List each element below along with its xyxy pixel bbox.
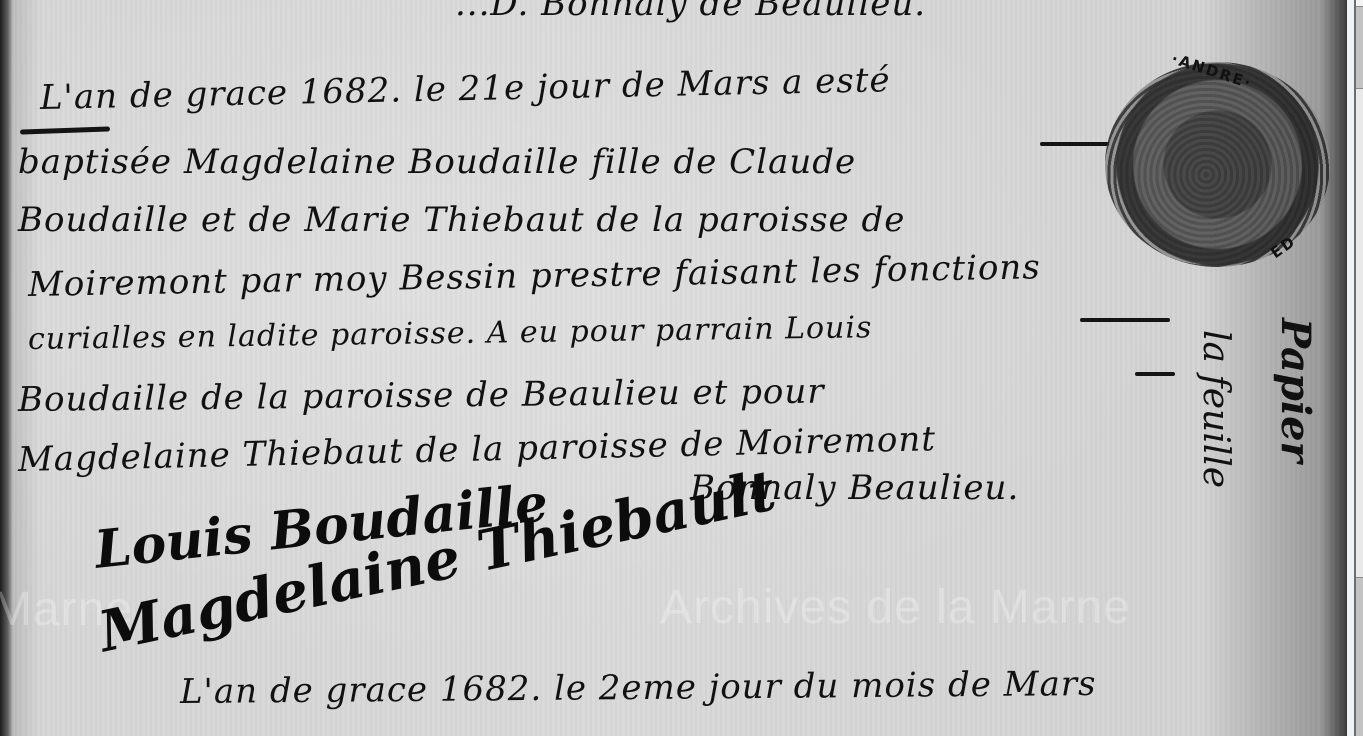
next-record-line-1: L'an de grace 1682. le 2eme jour du mois…: [180, 664, 1097, 712]
register-page-scan[interactable]: Archives de la Marne Marne ...D. Bonnaly…: [0, 0, 1347, 736]
margin-note-la-feuille: la feuille: [1195, 330, 1236, 488]
archive-watermark: Archives de la Marne: [660, 580, 1131, 635]
previous-entry-fragment: ...D. Bonnaly de Beaulieu.: [455, 0, 926, 24]
record-line-5: curialles en ladite paroisse. A eu pour …: [28, 310, 873, 357]
line-filler-stroke-2: [1080, 318, 1170, 322]
scroll-up-arrow-icon[interactable]: [1356, 0, 1363, 7]
document-viewer: Archives de la Marne Marne ...D. Bonnaly…: [0, 0, 1363, 736]
initial-L-flourish: [20, 126, 110, 134]
margin-note-papier: Papier: [1272, 318, 1319, 463]
record-line-6: Boudaille de la paroisse de Beaulieu et …: [18, 372, 825, 420]
line-filler-stroke-3: [1135, 372, 1175, 376]
viewer-frame-border: [1347, 0, 1354, 736]
vertical-scrollbar-thumb[interactable]: [1356, 88, 1363, 578]
line-filler-stroke: [1040, 142, 1110, 146]
official-seal-stamp: [1105, 62, 1330, 267]
record-line-2: baptisée Magdelaine Boudaille fille de C…: [18, 142, 856, 182]
record-line-1: L'an de grace 1682. le 21e jour de Mars …: [40, 60, 891, 118]
record-line-3: Boudaille et de Marie Thiebaut de la par…: [18, 200, 905, 240]
record-line-4: Moiremont par moy Bessin prestre faisant…: [28, 247, 1041, 305]
